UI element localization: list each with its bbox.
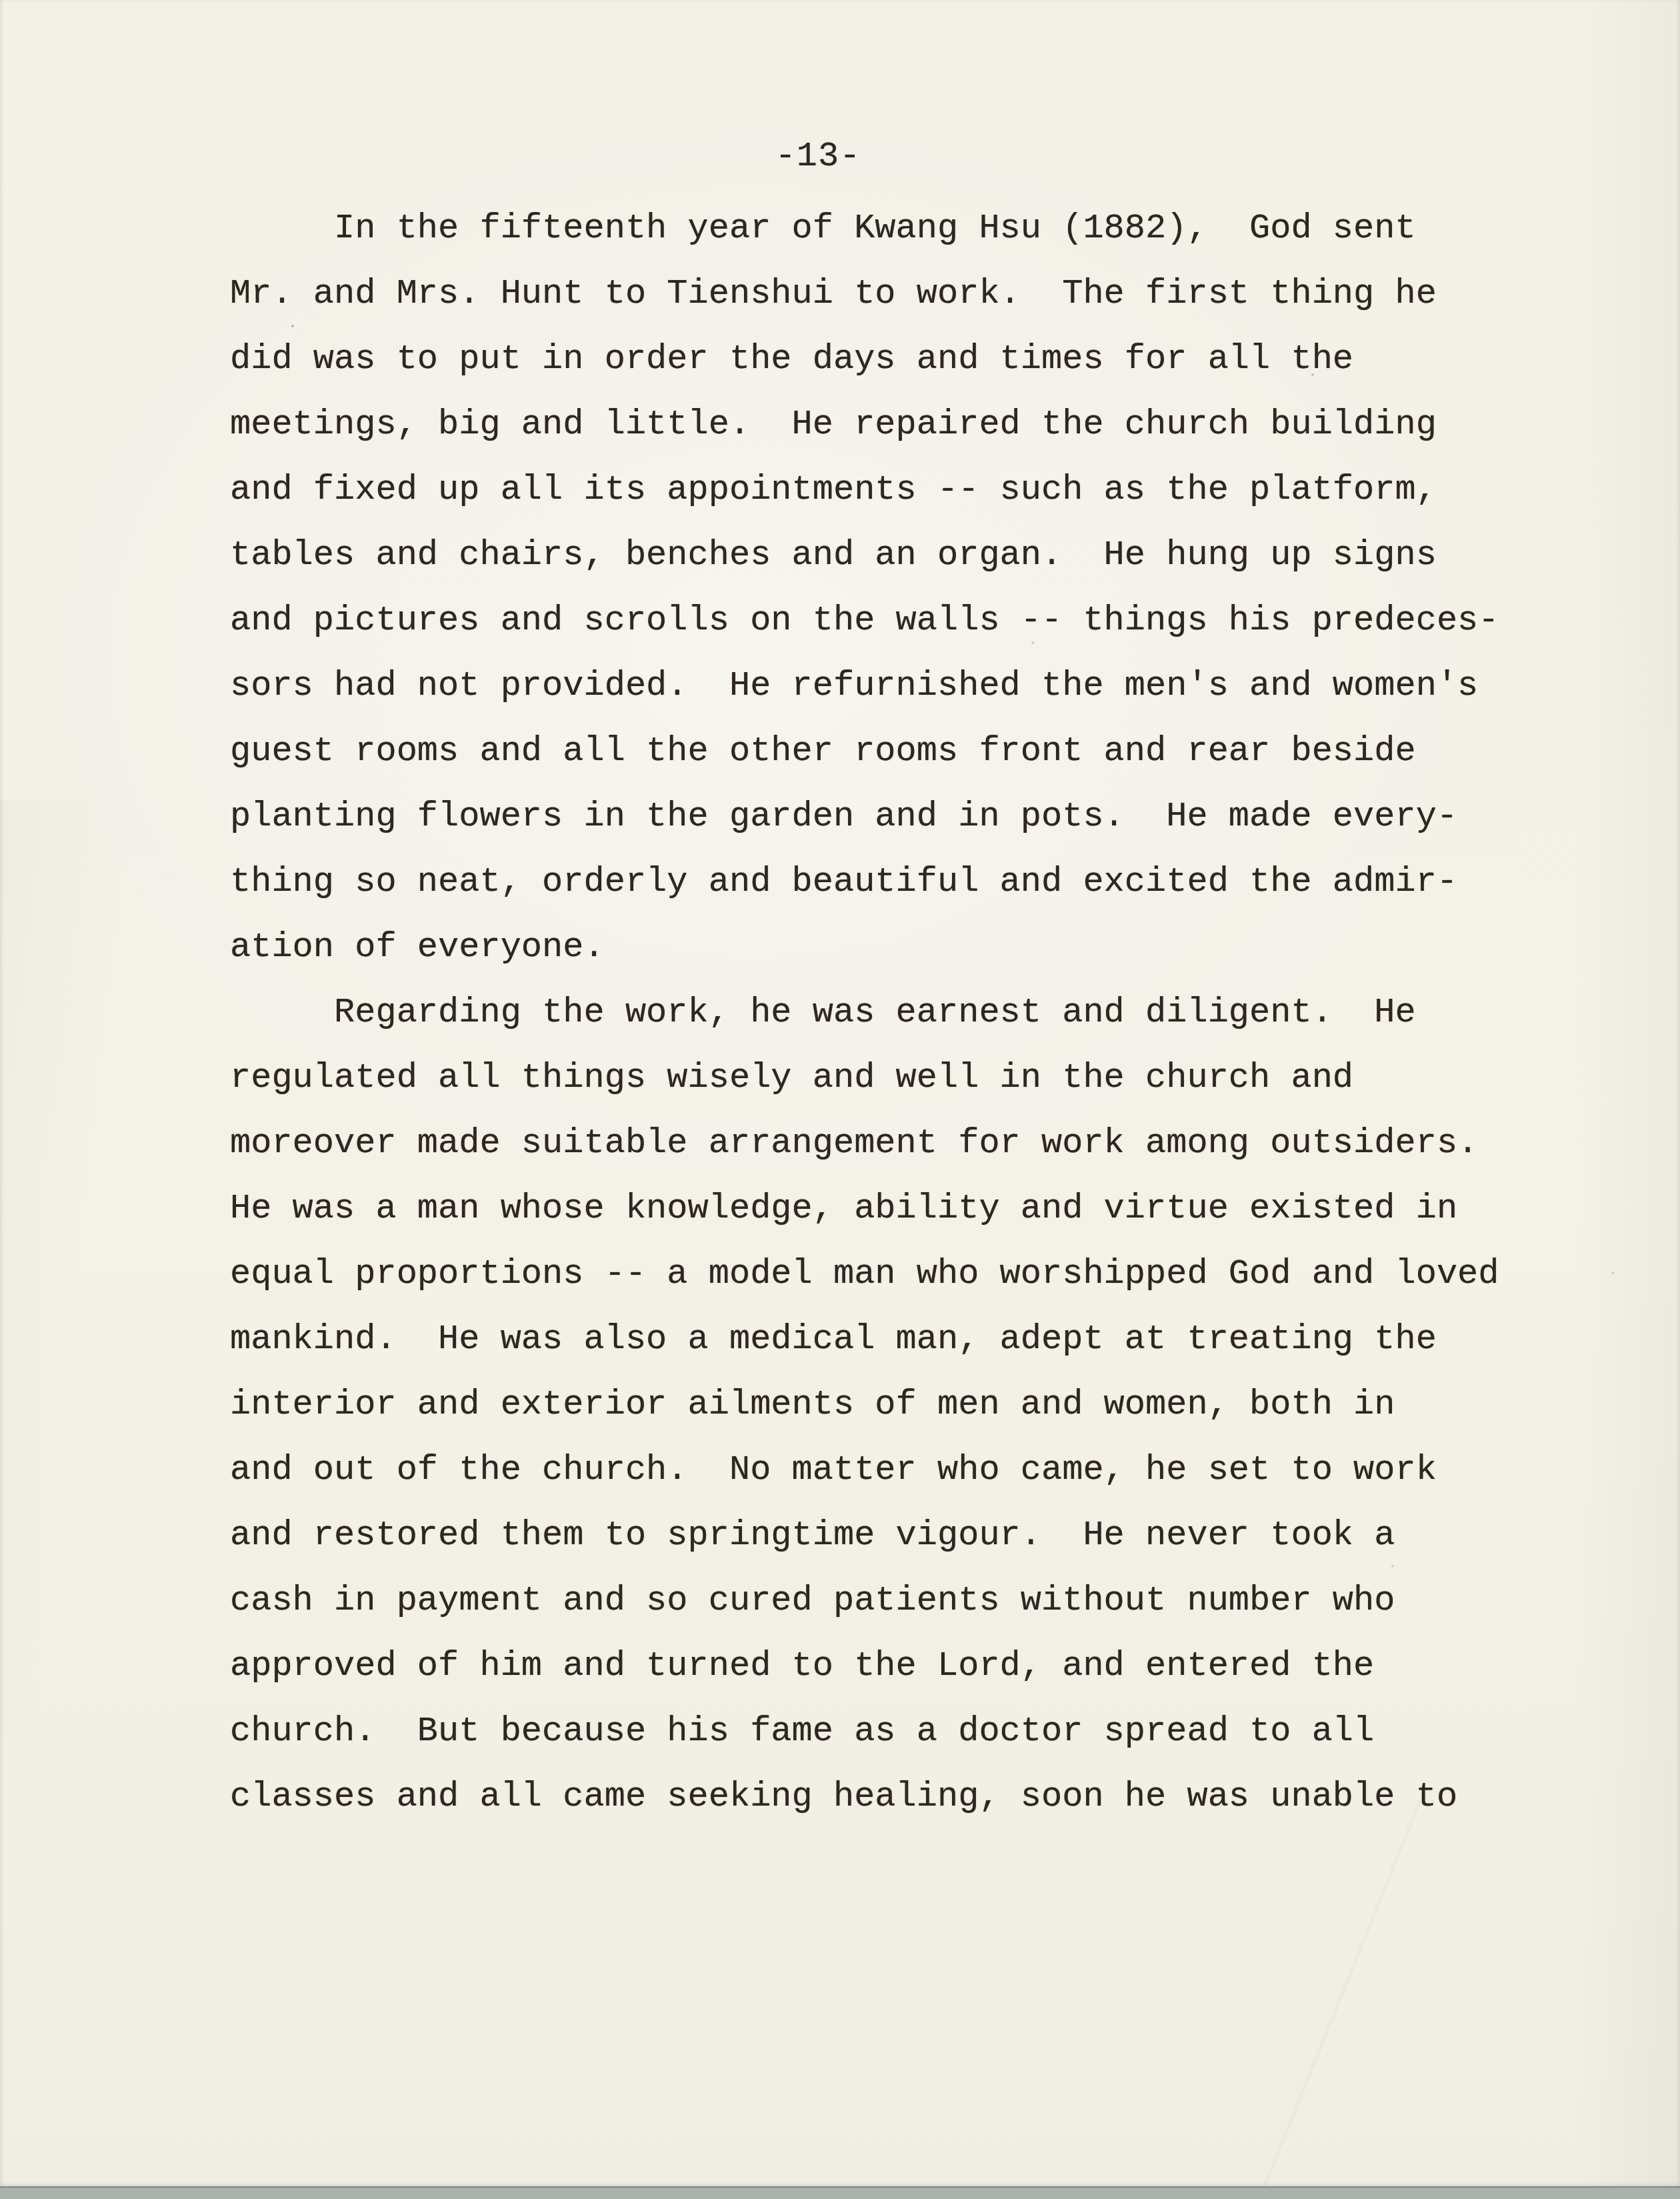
text-line: He was a man whose knowledge, ability an… [230,1176,1563,1242]
text-line: interior and exterior ailments of men an… [230,1372,1563,1438]
text-line: sors had not provided. He refurnished th… [230,653,1563,719]
typewritten-text-body: In the fifteenth year of Kwang Hsu (1882… [230,196,1563,1830]
paper-crease [1000,1800,1680,2199]
text-line: moreover made suitable arrangement for w… [230,1111,1563,1176]
paper-crease [0,800,200,1734]
scanned-page: -13- In the fifteenth year of Kwang Hsu … [0,0,1680,2188]
page-number: -13- [0,124,1658,189]
text-line: Mr. and Mrs. Hunt to Tienshui to work. T… [230,261,1563,327]
text-line: and out of the church. No matter who cam… [230,1438,1563,1503]
text-line: meetings, big and little. He repaired th… [230,392,1563,457]
scanner-bed-strip [0,2186,1680,2199]
text-line: ation of everyone. [230,915,1563,980]
text-line: and pictures and scrolls on the walls --… [230,588,1563,653]
text-line: thing so neat, orderly and beautiful and… [230,849,1563,915]
text-line: approved of him and turned to the Lord, … [230,1634,1563,1699]
text-line: and restored them to springtime vigour. … [230,1503,1563,1568]
text-line: planting flowers in the garden and in po… [230,784,1563,849]
text-line: Regarding the work, he was earnest and d… [230,980,1563,1045]
text-line: cash in payment and so cured patients wi… [230,1568,1563,1634]
text-line: and fixed up all its appointments -- suc… [230,457,1563,523]
text-line: regulated all things wisely and well in … [230,1045,1563,1111]
text-line: guest rooms and all the other rooms fron… [230,719,1563,784]
text-line: church. But because his fame as a doctor… [230,1699,1563,1764]
text-line: In the fifteenth year of Kwang Hsu (1882… [230,196,1563,261]
text-line: classes and all came seeking healing, so… [230,1764,1563,1830]
text-line: mankind. He was also a medical man, adep… [230,1307,1563,1372]
text-line: tables and chairs, benches and an organ.… [230,523,1563,588]
text-line: did was to put in order the days and tim… [230,327,1563,392]
text-line: equal proportions -- a model man who wor… [230,1242,1563,1307]
